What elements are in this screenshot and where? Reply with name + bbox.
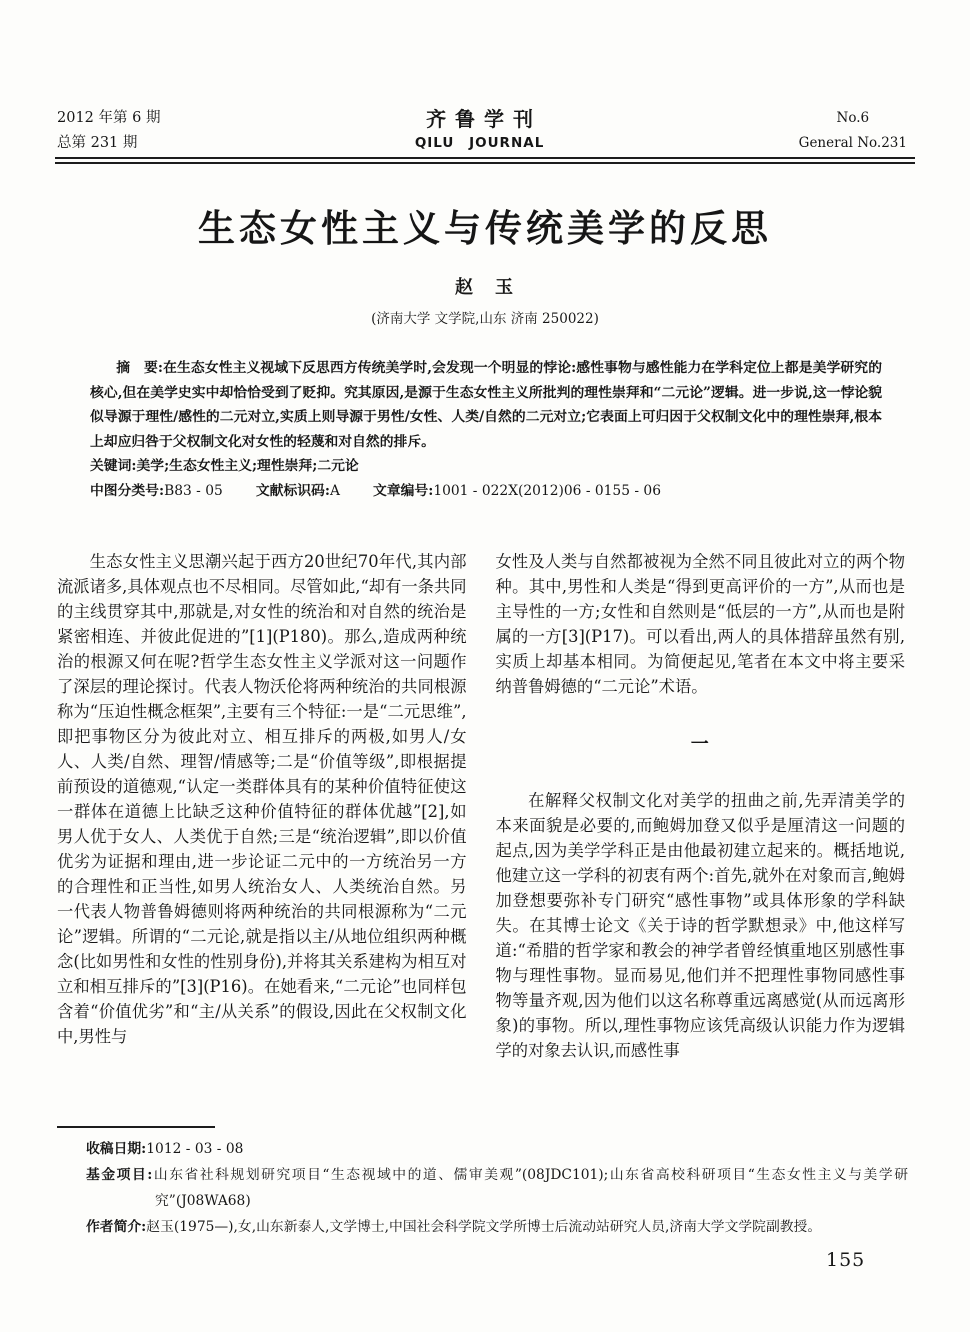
abstract: 摘 要:在生态女性主义视域下反思西方传统美学时,会发现一个明显的悖论:感性事物与…	[90, 356, 882, 454]
classification-line: 中图分类号:B83 - 05文献标识码:A文章编号:1001 - 022X(20…	[90, 479, 882, 504]
author-bio-note: 作者简介:赵玉(1975—),女,山东新泰人,文学博士,中国社会科学院文学所博士…	[86, 1214, 908, 1240]
front-matter: 摘 要:在生态女性主义视域下反思西方传统美学时,会发现一个明显的悖论:感性事物与…	[90, 356, 882, 504]
abstract-label: 摘 要:	[116, 360, 163, 376]
issue-info: 2012 年第 6 期 总第 231 期	[57, 106, 160, 156]
footnote-divider	[57, 1126, 215, 1128]
abstract-text: 在生态女性主义视域下反思西方传统美学时,会发现一个明显的悖论:感性事物与感性能力…	[90, 360, 882, 450]
header-divider	[55, 157, 915, 164]
author-bio-value: 赵玉(1975—),女,山东新泰人,文学博士,中国社会科学院文学所博士后流动站研…	[146, 1219, 821, 1235]
footnotes: 收稿日期:1012 - 03 - 08 基金项目:山东省社科规划研究项目“生态视…	[86, 1136, 908, 1240]
author-bio-label: 作者简介:	[86, 1219, 146, 1235]
issue-general-no-en: General No.231	[799, 131, 907, 156]
fund-project-value: 山东省社科规划研究项目“生态视域中的道、儒审美观”(08JDC101);山东省高…	[152, 1167, 908, 1209]
issue-no-en: No.6	[799, 106, 907, 131]
issue-info-en: No.6 General No.231	[799, 106, 907, 156]
article-id-label: 文章编号:	[373, 483, 433, 499]
keywords-text: 美学;生态女性主义;理性崇拜;二元论	[136, 458, 358, 474]
doc-code-value: A	[330, 483, 340, 499]
article-title: 生态女性主义与传统美学的反思	[0, 198, 970, 252]
article-body: 生态女性主义思潮兴起于西方20世纪70年代,其内部流派诸多,具体观点也不尽相同。…	[57, 549, 905, 1125]
body-paragraph: 生态女性主义思潮兴起于西方20世纪70年代,其内部流派诸多,具体观点也不尽相同。…	[57, 549, 467, 1049]
clc-label: 中图分类号:	[90, 483, 164, 499]
journal-page: 2012 年第 6 期 总第 231 期 齐鲁学刊 QILU JOURNAL N…	[0, 0, 970, 1332]
page-number: 155	[826, 1249, 865, 1271]
journal-name-en: QILU JOURNAL	[415, 135, 545, 151]
author-name: 赵 玉	[0, 273, 970, 299]
author-affiliation: (济南大学 文学院,山东 济南 250022)	[0, 307, 970, 327]
doc-code-label: 文献标识码:	[256, 483, 330, 499]
journal-header: 2012 年第 6 期 总第 231 期 齐鲁学刊 QILU JOURNAL N…	[57, 106, 907, 156]
body-paragraph: 在解释父权制文化对美学的扭曲之前,先弄清美学的本来面貌是必要的,而鲍姆加登又似乎…	[496, 788, 906, 1063]
right-column: 女性及人类与自然都被视为全然不同且彼此对立的两个物种。其中,男性和人类是“得到更…	[496, 549, 906, 1125]
received-date-note: 收稿日期:1012 - 03 - 08	[86, 1136, 908, 1162]
section-heading-one: 一	[496, 732, 906, 757]
left-column: 生态女性主义思潮兴起于西方20世纪70年代,其内部流派诸多,具体观点也不尽相同。…	[57, 549, 467, 1125]
body-paragraph: 女性及人类与自然都被视为全然不同且彼此对立的两个物种。其中,男性和人类是“得到更…	[496, 549, 906, 699]
journal-name-block: 齐鲁学刊 QILU JOURNAL	[415, 103, 545, 151]
fund-project-label: 基金项目:	[86, 1167, 152, 1183]
received-date-label: 收稿日期:	[86, 1141, 146, 1157]
clc-value: B83 - 05	[164, 483, 223, 499]
issue-number: 2012 年第 6 期	[57, 106, 160, 131]
keywords: 关键词:美学;生态女性主义;理性崇拜;二元论	[90, 454, 882, 479]
article-id-value: 1001 - 022X(2012)06 - 0155 - 06	[433, 483, 661, 499]
issue-total: 总第 231 期	[57, 131, 160, 156]
received-date-value: 1012 - 03 - 08	[146, 1141, 243, 1157]
fund-project-note: 基金项目:山东省社科规划研究项目“生态视域中的道、儒审美观”(08JDC101)…	[86, 1162, 908, 1214]
keywords-label: 关键词:	[90, 458, 136, 474]
journal-name-cn: 齐鲁学刊	[415, 103, 545, 132]
